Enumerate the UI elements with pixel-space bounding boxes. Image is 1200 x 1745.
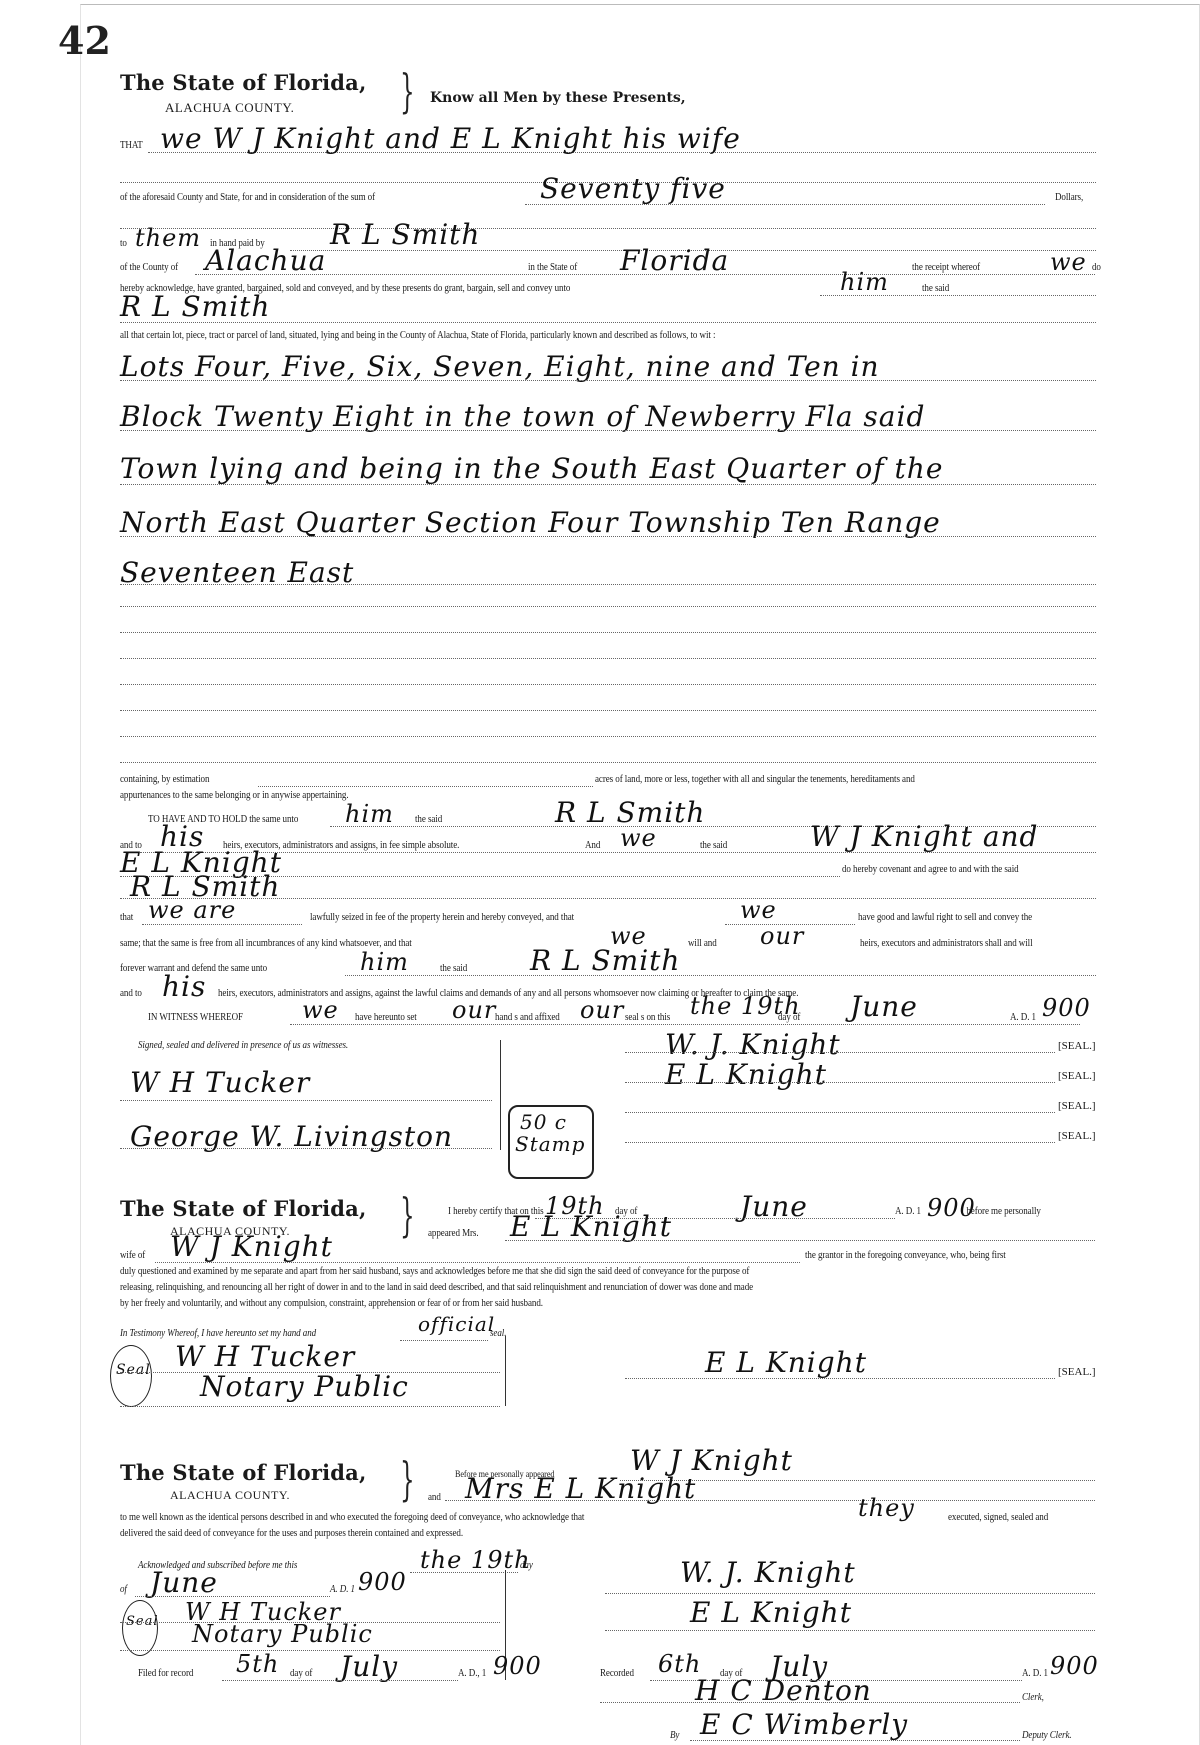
notary-title: Notary Public	[192, 1620, 373, 1648]
appurtenances-text: appurtenances to the same belonging or i…	[120, 790, 349, 801]
of-label: of	[120, 1584, 127, 1595]
husband-field: W J Knight	[170, 1230, 333, 1263]
paid-by-field: R L Smith	[330, 218, 480, 251]
ack-day-field: the 19th	[420, 1546, 531, 1574]
dower-text-line: by her freely and voluntarily, and witho…	[120, 1298, 543, 1309]
county-field: Alachua	[205, 244, 326, 277]
year-field: 900	[358, 1568, 407, 1596]
page-number: 42	[58, 18, 111, 63]
seal-on-label: seal s on this	[625, 1012, 670, 1023]
seal-label: [SEAL.]	[1058, 1100, 1096, 1112]
seized-text: lawfully seized in fee of the property h…	[310, 912, 574, 923]
by-label: By	[670, 1730, 679, 1741]
affixed-field: our	[580, 996, 624, 1024]
seal-label: [SEAL.]	[1058, 1130, 1096, 1142]
year-field: 900	[1042, 994, 1091, 1022]
filed-month-field: July	[340, 1650, 398, 1683]
receipt-label: the receipt whereof	[912, 262, 980, 273]
and-to-label: and to	[120, 988, 142, 999]
recorded-label: Recorded	[600, 1668, 634, 1679]
line	[625, 1052, 1055, 1053]
line	[120, 762, 1096, 763]
testimony-field: official	[418, 1312, 495, 1336]
stamp-label: Stamp	[515, 1132, 585, 1156]
same-field-2: our	[760, 922, 804, 950]
witness-who-field: we	[302, 996, 339, 1024]
state-heading: The State of Florida,	[120, 1460, 367, 1485]
witness-signature: W H Tucker	[130, 1066, 310, 1099]
will-and-label: will and	[688, 938, 717, 949]
description-line: Lots Four, Five, Six, Seven, Eight, nine…	[120, 350, 880, 383]
line	[142, 924, 302, 925]
brace	[505, 1336, 506, 1406]
grantor-signature: E L Knight	[665, 1058, 827, 1091]
ad-label: A. D. 1	[330, 1584, 355, 1595]
delivered-text: delivered the said deed of conveyance fo…	[120, 1528, 463, 1539]
county-label: of the County of	[120, 262, 178, 273]
line	[625, 1142, 1055, 1143]
ad-label: A. D., 1	[458, 1668, 486, 1679]
witness-caption: Signed, sealed and delivered in presence…	[138, 1040, 348, 1051]
description-line: Town lying and being in the South East Q…	[120, 452, 943, 485]
that-label: that	[120, 912, 133, 923]
description-line: North East Quarter Section Four Township…	[120, 506, 941, 539]
line	[120, 1100, 492, 1101]
line	[120, 606, 1096, 607]
wife-of-label: wife of	[120, 1250, 145, 1261]
that-label: THAT	[120, 140, 143, 151]
seized-field: we are	[148, 896, 236, 924]
line	[120, 684, 1096, 685]
grantor-signature: W. J. Knight	[665, 1028, 841, 1061]
recorded-year-field: 900	[1050, 1652, 1099, 1680]
line	[120, 380, 1096, 381]
containing-label: containing, by estimation	[120, 774, 209, 785]
line	[505, 1240, 1095, 1241]
warrant-unto-field: him	[360, 948, 409, 976]
line	[410, 1572, 518, 1573]
covenantor-field: W J Knight and	[810, 820, 1038, 853]
line	[600, 1702, 1020, 1703]
state-heading: The State of Florida,	[120, 70, 367, 95]
line	[445, 1500, 1095, 1501]
receipt-field: we	[1050, 248, 1087, 276]
day-of-label: day of	[290, 1668, 312, 1679]
state-field: Florida	[620, 244, 729, 277]
presents-heading: Know all Men by these Presents,	[430, 90, 686, 106]
the-said-label: the said	[922, 283, 949, 294]
ad-label: A. D. 1	[895, 1206, 921, 1217]
line	[120, 736, 1096, 737]
grantee-field: R L Smith	[120, 290, 270, 323]
line	[120, 584, 1096, 585]
and-field: we	[620, 824, 657, 852]
to-field: them	[135, 224, 201, 252]
habendum-unto-field: him	[345, 800, 394, 828]
the-said-label: the said	[700, 840, 727, 851]
line	[120, 430, 1096, 431]
right-text: have good and lawful right to sell and c…	[858, 912, 1032, 923]
ad-label: A. D. 1	[1022, 1668, 1048, 1679]
seal-word: seal.	[490, 1328, 506, 1339]
line	[400, 1340, 488, 1341]
executed-text: executed, signed, sealed and	[948, 1512, 1048, 1523]
acres-text: acres of land, more or less, together wi…	[595, 774, 915, 785]
sum-field: Seventy five	[540, 172, 726, 205]
line	[120, 228, 1096, 229]
line	[625, 1378, 1055, 1379]
month-field: June	[150, 1566, 218, 1599]
line	[120, 322, 1096, 323]
line	[120, 1406, 500, 1407]
dower-text-line: releasing, relinquishing, and renouncing…	[120, 1282, 753, 1293]
state-heading: The State of Florida,	[120, 1196, 367, 1221]
line	[605, 1593, 1095, 1594]
seal-label: [SEAL.]	[1058, 1040, 1096, 1052]
line	[120, 658, 1096, 659]
executors-text: heirs, executors and administrators shal…	[860, 938, 1032, 949]
dower-text-line: duly questioned and examined by me separ…	[120, 1266, 749, 1277]
notary-title: Notary Public	[200, 1370, 409, 1403]
county-heading: ALACHUA COUNTY.	[170, 1488, 290, 1503]
dollars-label: Dollars,	[1055, 192, 1083, 203]
filed-year-field: 900	[493, 1652, 542, 1680]
witness-whereof-label: IN WITNESS WHEREOF	[148, 1012, 243, 1023]
line	[290, 1024, 1080, 1025]
line	[605, 1630, 1095, 1631]
set-field: our	[452, 996, 496, 1024]
line	[258, 786, 593, 787]
line	[820, 295, 1096, 296]
seal-mark-label: Seal	[116, 1362, 151, 1378]
line	[195, 274, 1095, 275]
brace: }	[400, 1192, 415, 1238]
line	[120, 632, 1096, 633]
clerk-label: Clerk,	[1022, 1692, 1044, 1703]
seal-label: [SEAL.]	[1058, 1366, 1096, 1378]
seized-field-2: we	[740, 896, 777, 924]
line	[120, 898, 1096, 899]
line	[120, 710, 1096, 711]
deputy-signature: E C Wimberly	[700, 1708, 908, 1741]
stamp-value: 50 c	[520, 1110, 567, 1134]
warrant-grantee-field: R L Smith	[530, 944, 680, 977]
county-heading: ALACHUA COUNTY.	[165, 100, 294, 116]
line	[120, 484, 1096, 485]
testimony-label: In Testimony Whereof, I have hereunto se…	[120, 1328, 316, 1339]
ad-label: A. D. 1	[1010, 1012, 1036, 1023]
line	[155, 1262, 800, 1263]
line	[690, 1740, 1020, 1741]
grantor-text: the grantor in the foregoing conveyance,…	[805, 1250, 1006, 1261]
do-label: do	[1092, 262, 1101, 273]
line	[120, 1650, 500, 1651]
line	[625, 1082, 1055, 1083]
month-field: June	[850, 990, 918, 1023]
consideration-label: of the aforesaid County and State, for a…	[120, 192, 375, 203]
seal-label: [SEAL.]	[1058, 1070, 1096, 1082]
filed-day-field: 5th	[236, 1650, 279, 1678]
land-description-label: all that certain lot, piece, tract or pa…	[120, 330, 715, 341]
known-text: to me well known as the identical person…	[120, 1512, 584, 1523]
line	[140, 852, 1096, 853]
to-label: to	[120, 238, 127, 249]
day-label: day	[520, 1560, 533, 1571]
brace: }	[400, 1456, 415, 1502]
day-of-label: day of	[778, 1012, 800, 1023]
state-label: in the State of	[528, 262, 577, 273]
line	[135, 1596, 330, 1597]
appeared-field: E L Knight	[510, 1210, 672, 1243]
before-label: , before me personally	[962, 1206, 1041, 1217]
description-line: Block Twenty Eight in the town of Newber…	[120, 400, 925, 433]
line	[222, 1680, 458, 1681]
line	[120, 1148, 492, 1149]
covenant-text: do hereby covenant and agree to and with…	[842, 864, 1019, 875]
set-label: have hereunto set	[355, 1012, 417, 1023]
the-said-label: the said	[415, 814, 442, 825]
line	[120, 536, 1096, 537]
deputy-clerk-label: Deputy Clerk.	[1022, 1730, 1072, 1741]
appeared-label: appeared Mrs.	[428, 1228, 479, 1239]
brace	[500, 1040, 501, 1150]
filed-label: Filed for record	[138, 1668, 193, 1679]
and-to-field: his	[162, 970, 206, 1003]
line	[625, 1112, 1055, 1113]
and-label: and	[428, 1492, 441, 1503]
hand-label: hand s and affixed	[495, 1012, 560, 1023]
dower-signature: E L Knight	[705, 1346, 867, 1379]
the-said-label: the said	[440, 963, 467, 974]
grant-unto-field: him	[840, 268, 889, 296]
grantors-field: we W J Knight and E L Knight his wife	[160, 122, 741, 155]
notary-signature: W H Tucker	[175, 1340, 355, 1373]
acknowledger-signature: E L Knight	[690, 1596, 852, 1629]
they-field: they	[858, 1494, 915, 1522]
and-label: And	[585, 840, 600, 851]
acknowledger-signature: W. J. Knight	[680, 1556, 856, 1589]
line	[345, 975, 1096, 976]
brace: }	[400, 68, 415, 114]
